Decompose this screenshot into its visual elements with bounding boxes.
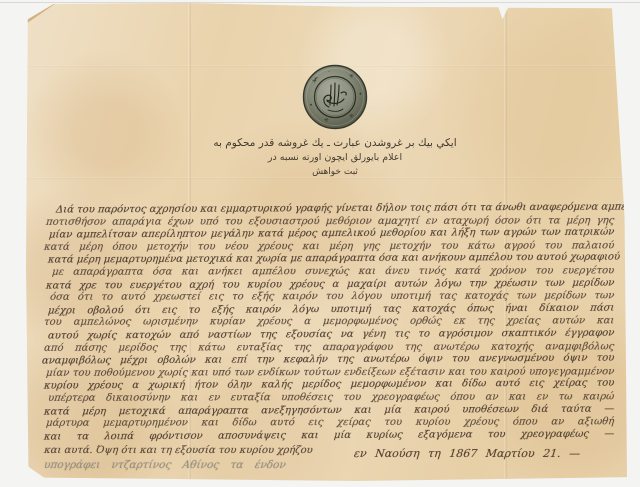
handwritten-greek-body: Διά του παρόντος αχρησίου και εμμαρτυρικ… bbox=[42, 203, 622, 442]
ottoman-text-line: ثبت خواهش bbox=[185, 165, 485, 179]
ottoman-seal-stamp: ٣٠✳•✳✳•✳ bbox=[301, 63, 369, 131]
scanned-document-page: { "colors": { "scan_background": "#f4f4f… bbox=[0, 0, 640, 487]
seal-ring-mark: ✳ bbox=[349, 114, 354, 120]
aged-paper-sheet: ٣٠✳•✳✳•✳ ايكي بيك بر غروشدن عبارت ـ يك غ… bbox=[26, 3, 627, 481]
seal-ring-mark: ✳ bbox=[324, 118, 329, 124]
folded-corner bbox=[26, 3, 56, 24]
date-line: εν Ναούση τη 1867 Μαρτίου 21. — bbox=[353, 447, 584, 460]
signature-line: υπογράφει ντζαρτίνος Αθίνος τα ένδον bbox=[43, 459, 345, 471]
closing-line: και αυτά. Όψη ότι και τη εξουσία του κυρ… bbox=[43, 445, 344, 456]
ottoman-script-block: ايكي بيك بر غروشدن عبارت ـ يك غروشه قدر … bbox=[185, 136, 485, 179]
seal-ring-mark: ✳ bbox=[349, 74, 354, 80]
ottoman-text-line: ايكي بيك بر غروشدن عبارت ـ يك غروشه قدر … bbox=[185, 136, 485, 151]
scanner-edge-line bbox=[0, 2, 640, 3]
seal-ring-mark: ✳ bbox=[312, 79, 317, 85]
handwriting-line: και τα λοιπά φρόντισον αποσυνάψεις και μ… bbox=[43, 428, 615, 444]
seal-ring-mark: • bbox=[309, 103, 313, 109]
seal-ring-mark: ٠ bbox=[327, 69, 330, 75]
ottoman-text-line: اعلام بايورلق ايچون اورته نسبه در bbox=[185, 151, 485, 165]
seal-ring-mark: • bbox=[359, 92, 363, 98]
